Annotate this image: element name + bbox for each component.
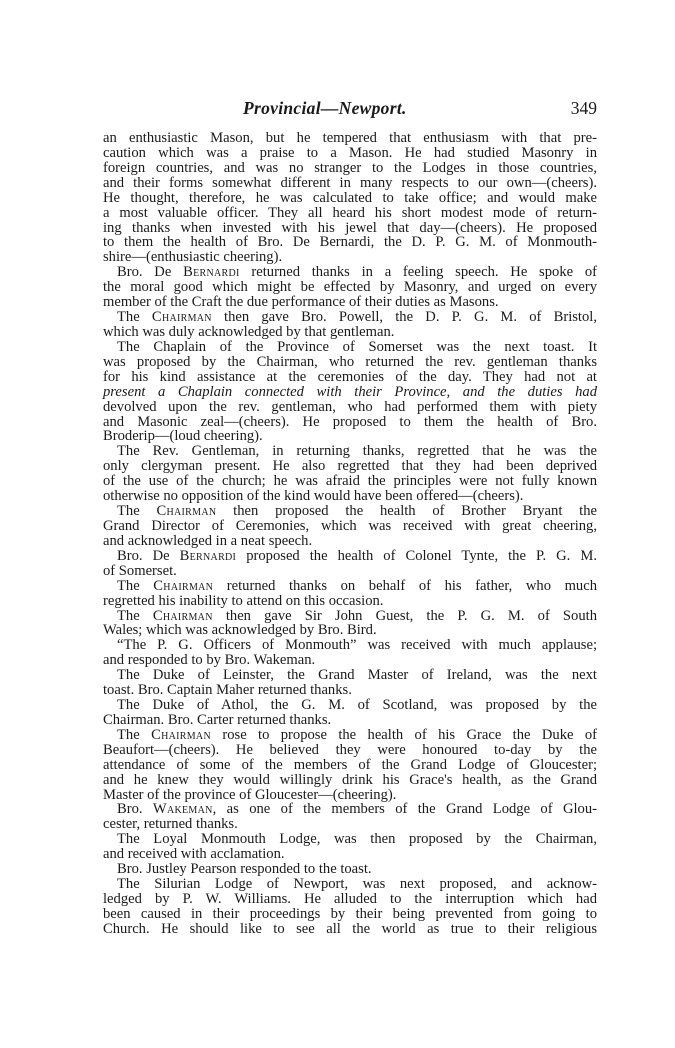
text-line: shire—(enthusiastic cheering). — [103, 250, 597, 265]
small-caps-name: Chairman — [152, 309, 212, 325]
text-line: The Loyal Monmouth Lodge, was then propo… — [103, 832, 597, 847]
text-line: Bro. Wakeman, as one of the members of t… — [103, 802, 597, 817]
small-caps-name: Chairman — [153, 578, 213, 594]
body-text: an enthusiastic Mason, but he tempered t… — [103, 131, 597, 937]
text-line: The Chairman then proposed the health of… — [103, 504, 597, 519]
text-line: The Rev. Gentleman, in returning thanks,… — [103, 444, 597, 459]
text-line: to them the health of Bro. De Bernardi, … — [103, 235, 597, 250]
text-line: for his kind assistance at the ceremonie… — [103, 370, 597, 385]
text-line: The Chairman then gave Sir John Guest, t… — [103, 609, 597, 624]
text-line: toast. Bro. Captain Maher returned thank… — [103, 683, 597, 698]
text-line: Wales; which was acknowledged by Bro. Bi… — [103, 623, 597, 638]
text-line: Bro. De Bernardi returned thanks in a fe… — [103, 265, 597, 280]
text-line: otherwise no opposition of the kind woul… — [103, 489, 597, 504]
text-line: caution which was a praise to a Mason. H… — [103, 146, 597, 161]
text-line: and Masonic zeal—(cheers). He proposed t… — [103, 415, 597, 430]
small-caps-name: Chairman — [156, 503, 216, 519]
text-line: of Somerset. — [103, 564, 597, 579]
text-line: member of the Craft the due performance … — [103, 295, 597, 310]
text-line: Church. He should like to see all the wo… — [103, 922, 597, 937]
text-line: the moral good which might be effected b… — [103, 280, 597, 295]
text-line: ledged by P. W. Williams. He alluded to … — [103, 892, 597, 907]
text-line: and he knew they would willingly drink h… — [103, 773, 597, 788]
text-line: Broderip—(loud cheering). — [103, 429, 597, 444]
text-line: The Chairman then gave Bro. Powell, the … — [103, 310, 597, 325]
text-line: Bro. Justley Pearson responded to the to… — [103, 862, 597, 877]
small-caps-name: Bernardi — [183, 264, 240, 280]
small-caps-name: Chairman — [151, 727, 211, 743]
text-line: a most valuable officer. They all heard … — [103, 206, 597, 221]
document-page: Provincial—Newport. 349 an enthusiastic … — [0, 0, 675, 1048]
running-head: Provincial—Newport. 349 — [103, 98, 597, 122]
text-line: of the use of the church; he was afraid … — [103, 474, 597, 489]
text-line: The Silurian Lodge of Newport, was next … — [103, 877, 597, 892]
text-line: Bro. De Bernardi proposed the health of … — [103, 549, 597, 564]
running-head-title: Provincial—Newport. — [243, 98, 407, 119]
text-line: and acknowledged in a neat speech. — [103, 534, 597, 549]
text-line: He thought, therefore, he was calculated… — [103, 191, 597, 206]
text-line: The Duke of Leinster, the Grand Master o… — [103, 668, 597, 683]
text-line: an enthusiastic Mason, but he tempered t… — [103, 131, 597, 146]
small-caps-name: Wakeman — [153, 801, 213, 817]
text-line: Master of the province of Gloucester—(ch… — [103, 788, 597, 803]
text-line: was proposed by the Chairman, who return… — [103, 355, 597, 370]
text-line: and received with acclamation. — [103, 847, 597, 862]
page-number: 349 — [571, 98, 597, 119]
small-caps-name: Bernardi — [180, 548, 237, 564]
text-line: and responded to by Bro. Wakeman. — [103, 653, 597, 668]
text-line: devolved upon the rev. gentleman, who ha… — [103, 400, 597, 415]
text-line: ing thanks when invested with his jewel … — [103, 221, 597, 236]
text-line: The Chairman rose to propose the health … — [103, 728, 597, 743]
text-line: Chairman. Bro. Carter returned thanks. — [103, 713, 597, 728]
text-line: Beaufort—(cheers). He believed they were… — [103, 743, 597, 758]
small-caps-name: Chairman — [153, 608, 213, 624]
text-line: regretted his inability to attend on thi… — [103, 594, 597, 609]
text-line: present a Chaplain connected with their … — [103, 385, 597, 400]
text-line: and their forms somewhat different in ma… — [103, 176, 597, 191]
text-line: “The P. G. Officers of Monmouth” was rec… — [103, 638, 597, 653]
text-line: been caused in their proceedings by thei… — [103, 907, 597, 922]
text-line: cester, returned thanks. — [103, 817, 597, 832]
text-line: Grand Director of Ceremonies, which was … — [103, 519, 597, 534]
text-line: The Chaplain of the Province of Somerset… — [103, 340, 597, 355]
text-line: only clergyman present. He also regrette… — [103, 459, 597, 474]
text-line: attendance of some of the members of the… — [103, 758, 597, 773]
text-line: which was duly acknowledged by that gent… — [103, 325, 597, 340]
text-line: The Duke of Athol, the G. M. of Scotland… — [103, 698, 597, 713]
text-line: foreign countries, and was no stranger t… — [103, 161, 597, 176]
text-line: The Chairman returned thanks on behalf o… — [103, 579, 597, 594]
